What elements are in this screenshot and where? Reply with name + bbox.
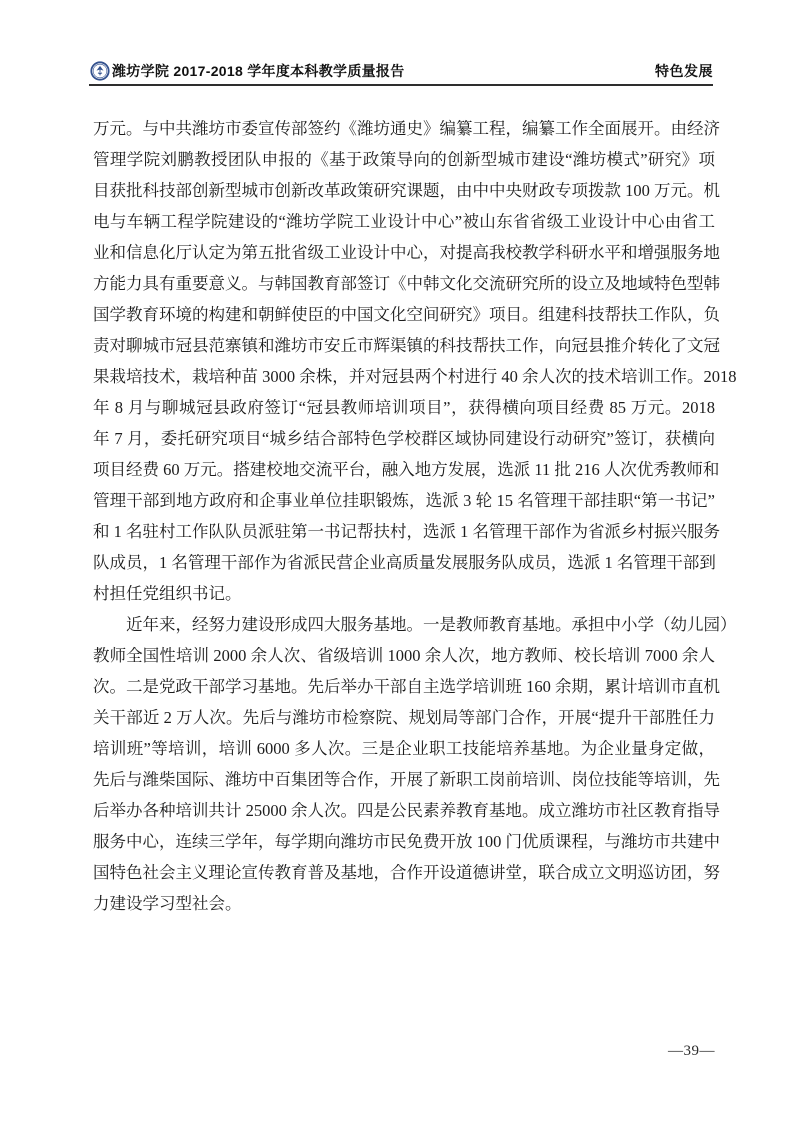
page-footer: —39— <box>93 1043 715 1060</box>
document-body: 万元。与中共潍坊市委宣传部签约《潍坊通史》编纂工程，编纂工作全面展开。由经济管理… <box>93 113 715 919</box>
text-line: 教师全国性培训 2000 余人次、省级培训 1000 余人次，地方教师、校长培训… <box>93 640 715 671</box>
text-line: 先后与潍柴国际、潍坊中百集团等合作，开展了新职工岗前培训、岗位技能等培训，先 <box>93 764 715 795</box>
header-title: 潍坊学院 2017-2018 学年度本科教学质量报告 <box>112 61 405 81</box>
document-page: 潍坊学院 2017-2018 学年度本科教学质量报告 特色发展 万元。与中共潍坊… <box>0 0 800 1131</box>
text-line: 后举办各种培训共计 25000 余人次。四是公民素养教育基地。成立潍坊市社区教育… <box>93 795 715 826</box>
text-line: 项目经费 60 万元。搭建校地交流平台，融入地方发展，选派 11 批 216 人… <box>93 454 715 485</box>
text-line: 近年来，经努力建设形成四大服务基地。一是教师教育基地。承担中小学（幼儿园） <box>93 609 715 640</box>
text-line: 年 7 月，委托研究项目“城乡结合部特色学校群区域协同建设行动研究”签订，获横向 <box>93 423 715 454</box>
text-line: 责对聊城市冠县范寨镇和潍坊市安丘市辉渠镇的科技帮扶工作，向冠县推介转化了文冠 <box>93 330 715 361</box>
text-line: 村担任党组织书记。 <box>93 578 715 609</box>
text-line: 培训班”等培训，培训 6000 多人次。三是企业职工技能培养基地。为企业量身定做… <box>93 733 715 764</box>
text-line: 果栽培技术，栽培种苗 3000 余株，并对冠县两个村进行 40 余人次的技术培训… <box>93 361 715 392</box>
text-line: 管理干部到地方政府和企事业单位挂职锻炼，选派 3 轮 15 名管理干部挂职“第一… <box>93 485 715 516</box>
text-line: 国特色社会主义理论宣传教育普及基地，合作开设道德讲堂，联合成立文明巡访团，努 <box>93 857 715 888</box>
university-emblem-icon <box>90 61 110 81</box>
text-line: 年 8 月与聊城冠县政府签订“冠县教师培训项目”，获得横向项目经费 85 万元。… <box>93 392 715 423</box>
page-number: —39— <box>668 1043 715 1059</box>
text-line: 关干部近 2 万人次。先后与潍坊市检察院、规划局等部门合作，开展“提升干部胜任力 <box>93 702 715 733</box>
text-line: 方能力具有重要意义。与韩国教育部签订《中韩文化交流研究所的设立及地域特色型韩 <box>93 268 715 299</box>
text-line: 服务中心，连续三学年，每学期向潍坊市民免费开放 100 门优质课程，与潍坊市共建… <box>93 826 715 857</box>
text-line: 业和信息化厅认定为第五批省级工业设计中心，对提高我校教学科研水平和增强服务地 <box>93 237 715 268</box>
text-line: 管理学院刘鹏教授团队申报的《基于政策导向的创新型城市建设“潍坊模式”研究》项 <box>93 144 715 175</box>
text-line: 目获批科技部创新型城市创新改革政策研究课题，由中中央财政专项拨款 100 万元。… <box>93 175 715 206</box>
page-header: 潍坊学院 2017-2018 学年度本科教学质量报告 特色发展 <box>90 58 713 84</box>
text-line: 次。二是党政干部学习基地。先后举办干部自主选学培训班 160 余期，累计培训市直… <box>93 671 715 702</box>
text-line: 万元。与中共潍坊市委宣传部签约《潍坊通史》编纂工程，编纂工作全面展开。由经济 <box>93 113 715 144</box>
text-line: 力建设学习型社会。 <box>93 888 715 919</box>
text-line: 国学教育环境的构建和朝鲜使臣的中国文化空间研究》项目。组建科技帮扶工作队，负 <box>93 299 715 330</box>
text-line: 电与车辆工程学院建设的“潍坊学院工业设计中心”被山东省省级工业设计中心由省工 <box>93 206 715 237</box>
header-section-label: 特色发展 <box>655 61 713 81</box>
text-line: 队成员，1 名管理干部作为省派民营企业高质量发展服务队成员，选派 1 名管理干部… <box>93 547 715 578</box>
header-rule <box>89 84 713 86</box>
text-line: 和 1 名驻村工作队队员派驻第一书记帮扶村，选派 1 名管理干部作为省派乡村振兴… <box>93 516 715 547</box>
